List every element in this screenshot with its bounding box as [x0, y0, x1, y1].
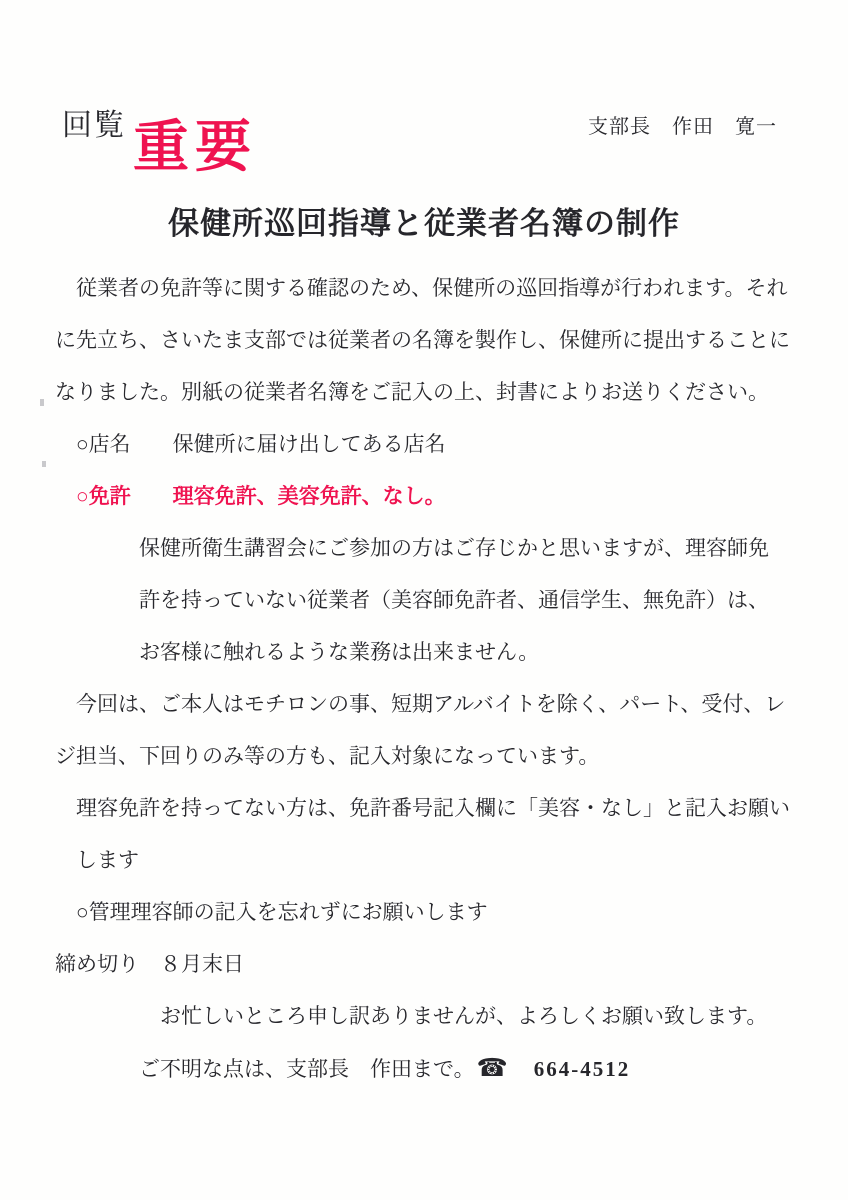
document-line: 理容免許を持ってない方は、免許番号記入欄に「美容・なし」と記入お願い: [55, 782, 818, 834]
document-line: します: [55, 834, 818, 886]
document-line: 保健所衛生講習会にご参加の方はご存じかと思いますが、理容師免: [55, 522, 818, 574]
document-line: お客様に触れるような業務は出来ません。: [55, 626, 818, 678]
phone-icon: ☎: [477, 1053, 508, 1082]
branch-chief-signature: 支部長 作田 寛一: [588, 110, 777, 139]
contact-text: ご不明な点は、支部長 作田まで。: [55, 1057, 475, 1081]
document-line: ○店名 保健所に届け出してある店名: [55, 418, 818, 470]
document-line: 締め切り ８月末日: [55, 938, 818, 990]
phone-number: 664-4512: [534, 1057, 631, 1081]
document-line: に先立ち、さいたま支部では従業者の名簿を製作し、保健所に提出することに: [55, 314, 818, 366]
document-line: 従業者の免許等に関する確認のため、保健所の巡回指導が行われます。それ: [55, 262, 818, 314]
circulation-label: 回覧: [62, 100, 126, 144]
important-stamp: 重要: [133, 116, 257, 178]
page-title: 保健所巡回指導と従業者名簿の制作: [0, 198, 848, 243]
document-line: なりました。別紙の従業者名簿をご記入の上、封書によりお送りください。: [55, 366, 818, 418]
document-line: 今回は、ご本人はモチロンの事、短期アルバイトを除く、パート、受付、レ: [55, 678, 818, 730]
document-line: ジ担当、下回りのみ等の方も、記入対象になっています。: [55, 730, 818, 782]
document-line: ○管理理容師の記入を忘れずにお願いします: [55, 886, 818, 938]
scan-artifact: [40, 399, 44, 406]
contact-line: ご不明な点は、支部長 作田まで。☎664-4512: [55, 1042, 818, 1094]
document-body: 従業者の免許等に関する確認のため、保健所の巡回指導が行われます。それに先立ち、さ…: [55, 262, 818, 1094]
document-page: 回覧 重要 支部長 作田 寛一 保健所巡回指導と従業者名簿の制作 従業者の免許等…: [0, 0, 848, 1200]
document-line: 許を持っていない従業者（美容師免許者、通信学生、無免許）は、: [55, 574, 818, 626]
document-line: ○免許 理容免許、美容免許、なし。: [55, 470, 818, 522]
document-line: お忙しいところ申し訳ありませんが、よろしくお願い致します。: [55, 990, 818, 1042]
scan-artifact: [42, 461, 46, 467]
